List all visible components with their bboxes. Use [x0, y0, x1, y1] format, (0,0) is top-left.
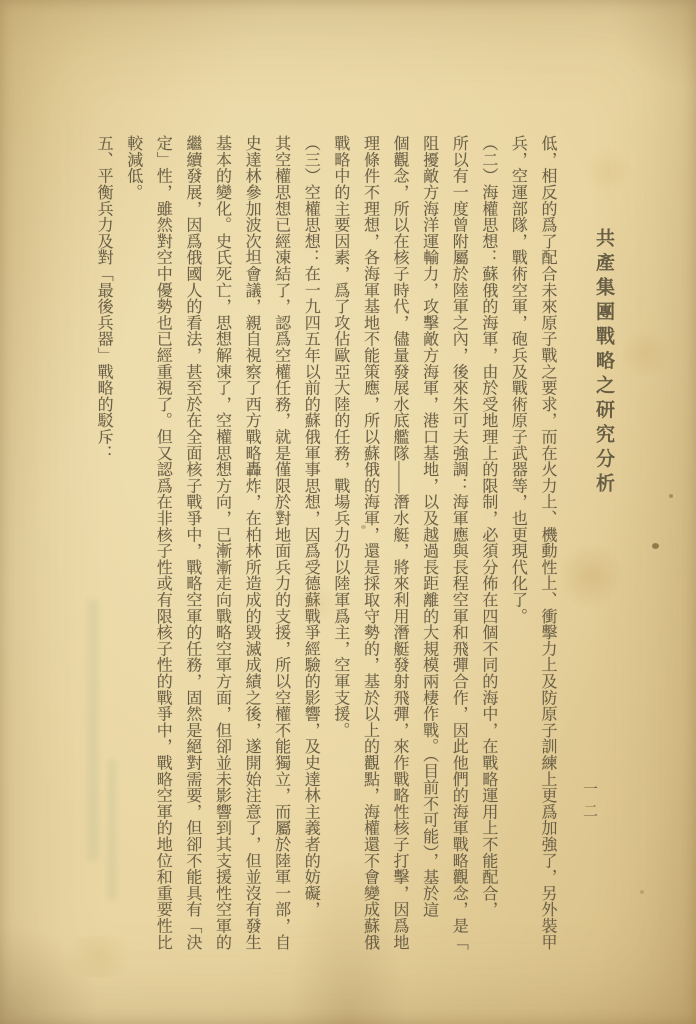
scanned-book-page: 共產集團戰略之研究分析 一二 低，相反的爲了配合未來原子戰之要求，而在火力上、機…: [0, 0, 696, 1024]
text-column: 戰略中的主要因素，爲了攻佔歐亞大陸的任務，戰場兵力仍以陸軍爲主，空軍支援。: [325, 135, 355, 953]
text-column: 理條件不理想，各海軍基地不能策應，所以蘇俄的海軍，還是採取守勢的，基於以上的觀點…: [355, 135, 385, 953]
text-column: 繼續發展，因爲俄國人的看法，甚至於在全面核子戰爭中，戰略空軍的任務，固然是絕對需…: [177, 135, 207, 953]
text-column: 其空權思想已經凍結了，認爲空權任務，就是僅限於對地面兵力的支援，所以空權不能獨立…: [266, 135, 296, 953]
text-column: 五、平衡兵力及對「最後兵器」戰略的駁斥：: [89, 135, 119, 953]
text-column: 定」性，雖然對空中優勢也已經重視了。但又認爲在非核子性或有限核子性的戰爭中，戰略…: [148, 135, 178, 953]
paper-stain: [582, 148, 634, 194]
text-column: 史達林參加波次坦會議，親自視察了西方戰略轟炸，在柏林所造成的毀滅成績之後，遂開始…: [236, 135, 266, 953]
text-column: 所以有一度曾附屬於陸軍之內，後來朱可夫強調：海軍應與長程空軍和飛彈合作，因此他們…: [444, 135, 474, 953]
text-column: 基本的變化。史氏死亡，思想解凍了，空權思想方向，已漸漸走向戰略空軍方面，但卻並未…: [207, 135, 237, 953]
paper-stain: [622, 328, 668, 380]
body-text: 低，相反的爲了配合未來原子戰之要求，而在火力上、機動性上、衝擊力上及防原子訓練上…: [88, 135, 562, 953]
text-column: 阻擾敵方海洋運輸力，攻擊敵方海軍，港口基地，以及越過長距離的大規模兩棲作戰。（目…: [414, 135, 444, 953]
text-column: 兵，空運部隊，戰術空軍，砲兵及戰術原子武器等，也更現代化了。: [503, 135, 533, 953]
text-column: 低，相反的爲了配合未來原子戰之要求，而在火力上、機動性上、衝擊力上及防原子訓練上…: [532, 135, 562, 953]
text-column: （二）海權思想：蘇俄的海軍，由於受地理上的限制，必須分佈在四個不同的海中，在戰略…: [473, 135, 503, 953]
text-column: 較減低。: [118, 135, 148, 953]
text-column: 個觀念，所以在核子時代，儘量發展水底艦隊——潛水艇，將來利用潛艇發射飛彈，來作戰…: [384, 135, 414, 953]
ink-speck: [652, 543, 659, 549]
ink-speck: [640, 890, 644, 894]
page-number: 一二: [579, 781, 600, 825]
ink-speck: [669, 494, 673, 498]
text-column: （三）空權思想：在一九四五年以前的蘇俄軍事思想，因爲受德蘇戰爭經驗的影響，及史達…: [296, 135, 326, 953]
paper-stain: [560, 540, 622, 612]
running-head-title: 共產集團戰略之研究分析: [590, 228, 617, 498]
